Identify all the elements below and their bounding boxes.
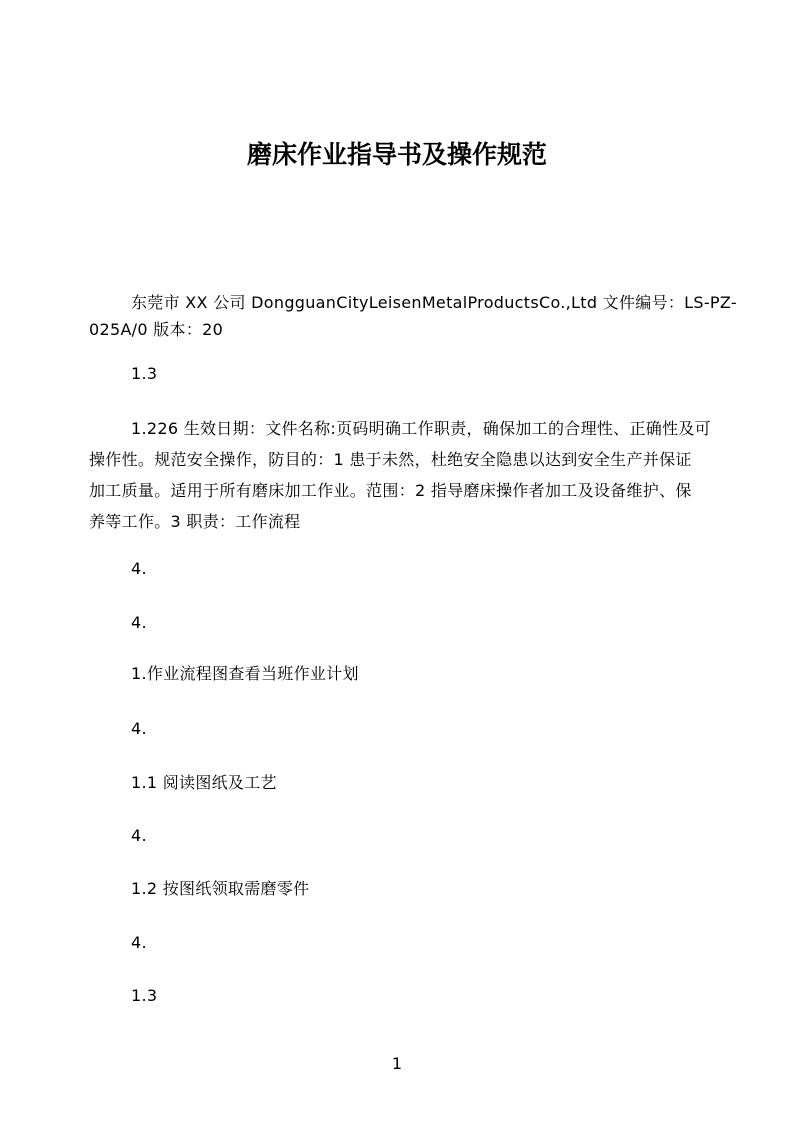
step-4-marker: 4. xyxy=(131,933,147,952)
purpose-scope-line-4: 养等工作。3 职责：工作流程 xyxy=(89,512,300,531)
step-4-marker: 4. xyxy=(131,719,147,738)
document-page: 磨床作业指导书及操作规范 东莞市 XX 公司 DongguanCityLeise… xyxy=(0,0,793,1122)
step-4-marker: 4. xyxy=(131,613,147,632)
document-title: 磨床作业指导书及操作规范 xyxy=(89,140,705,170)
company-info-line-2: 025A/0 版本：20 xyxy=(89,320,223,339)
workflow-step-1-1: 1.1 阅读图纸及工艺 xyxy=(131,773,277,792)
purpose-scope-line-1: 1.226 生效日期：文件名称:页码明确工作职责，确保加工的合理性、正确性及可 xyxy=(131,419,711,438)
step-4-marker: 4. xyxy=(131,559,147,578)
company-info-line-1: 东莞市 XX 公司 DongguanCityLeisenMetalProduct… xyxy=(131,293,737,312)
purpose-scope-line-2: 操作性。规范安全操作，防目的：1 患于未然，杜绝安全隐患以达到安全生产并保证 xyxy=(89,450,692,469)
section-number-1-3: 1.3 xyxy=(131,364,157,383)
workflow-step-1-2: 1.2 按图纸领取需磨零件 xyxy=(131,879,309,898)
section-number-1-3: 1.3 xyxy=(131,986,157,1005)
step-4-marker: 4. xyxy=(131,826,147,845)
page-number: 1 xyxy=(89,1054,705,1073)
workflow-step-1: 1.作业流程图查看当班作业计划 xyxy=(131,664,359,683)
purpose-scope-line-3: 加工质量。适用于所有磨床加工作业。范围：2 指导磨床操作者加工及设备维护、保 xyxy=(89,481,692,500)
